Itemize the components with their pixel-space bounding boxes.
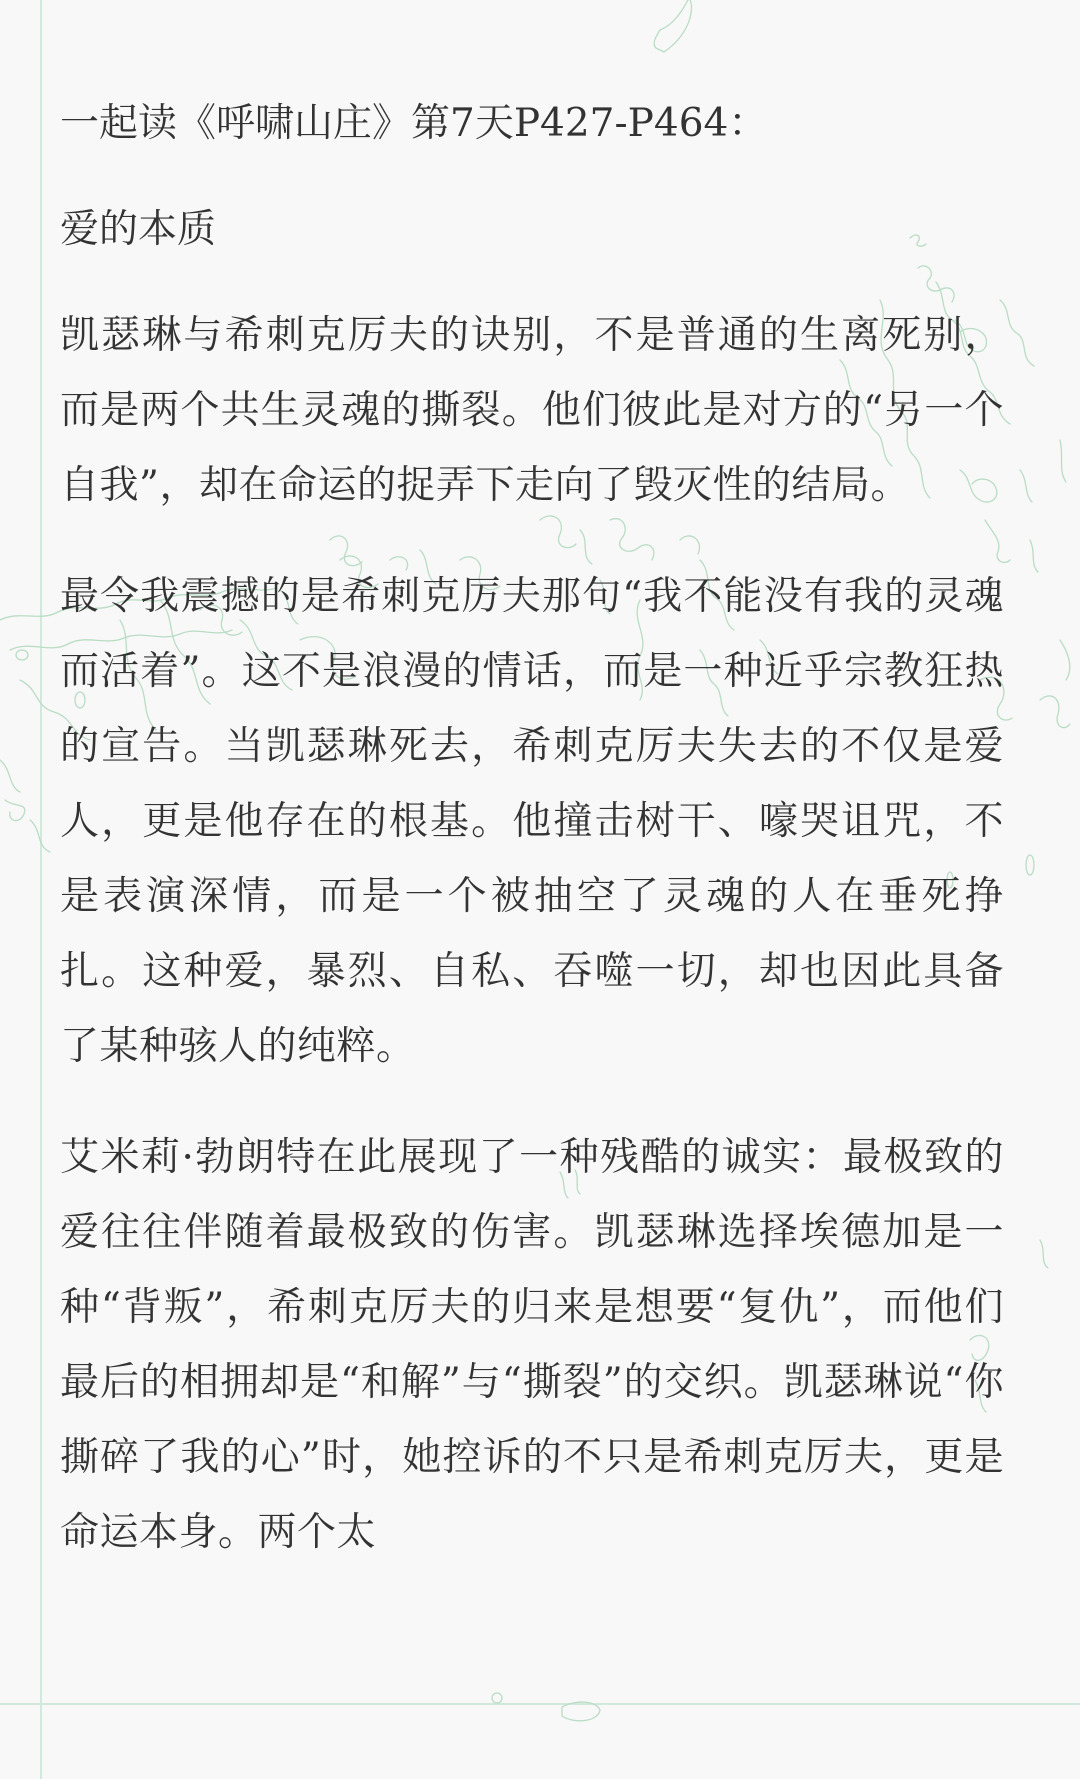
section-heading: 爱的本质	[60, 202, 1004, 258]
bottom-margin-rule	[0, 1703, 1080, 1705]
reading-note: 一起读《呼啸山庄》第7天P427-P464： 爱的本质 凯瑟琳与希刺克厉夫的诀别…	[60, 96, 1004, 1570]
note-title: 一起读《呼啸山庄》第7天P427-P464：	[60, 96, 1004, 152]
paragraph: 艾米莉·勃朗特在此展现了一种残酷的诚实：最极致的爱往往伴随着最极致的伤害。凯瑟琳…	[60, 1120, 1004, 1570]
paragraph: 最令我震撼的是希刺克厉夫那句“我不能没有我的灵魂而活着”。这不是浪漫的情话，而是…	[60, 559, 1004, 1084]
left-margin-rule	[40, 0, 42, 1779]
paragraph: 凯瑟琳与希刺克厉夫的诀别，不是普通的生离死别，而是两个共生灵魂的撕裂。他们彼此是…	[60, 298, 1004, 523]
